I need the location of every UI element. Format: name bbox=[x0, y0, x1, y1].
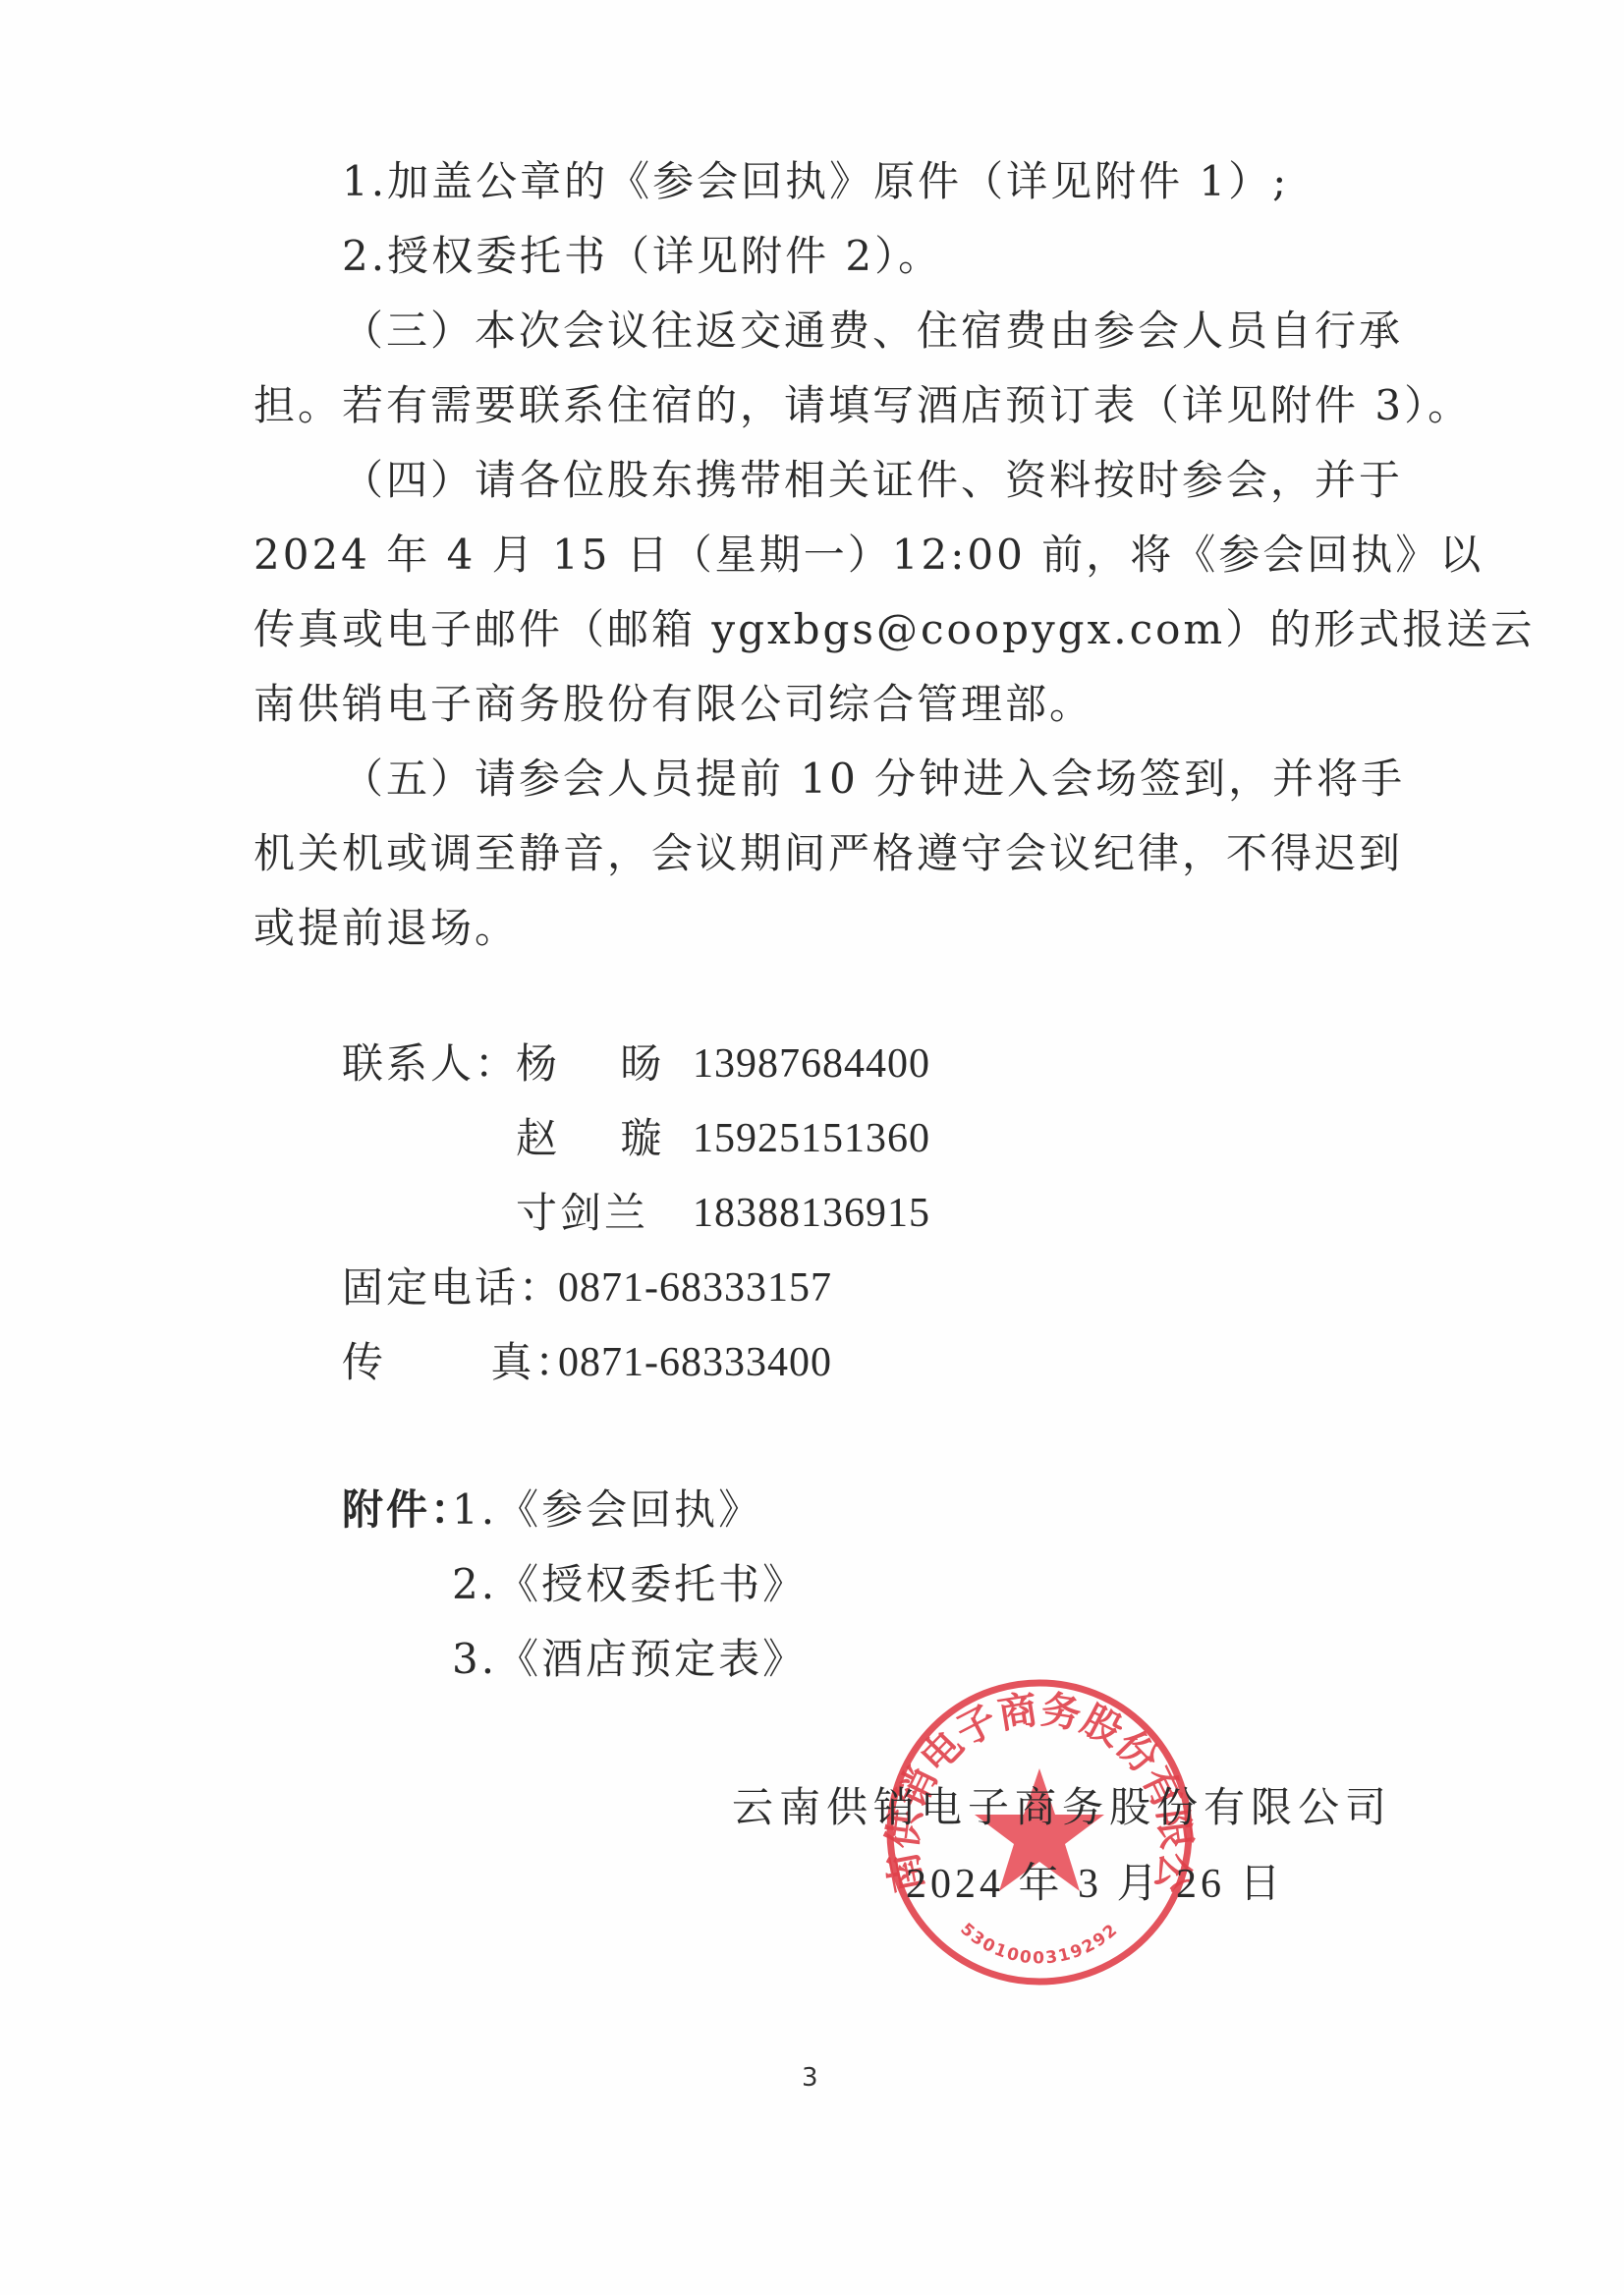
landline-number: 0871-68333157 bbox=[558, 1263, 832, 1313]
paragraph-5-line-1: （五）请参会人员提前 10 分钟进入会场签到，并将手 bbox=[342, 755, 1372, 804]
signing-company: 云南供销电子商务股份有限公司 bbox=[732, 1783, 1392, 1832]
contact-phone: 13987684400 bbox=[693, 1039, 930, 1089]
official-seal-icon: 云南供销电子商务股份有限公司 5301000319292 bbox=[882, 1675, 1197, 1989]
list-item-authorization: 2.授权委托书（详见附件 2）。 bbox=[342, 232, 1373, 281]
paragraph-4-line-2: 2024 年 4 月 15 日（星期一）12:00 前，将《参会回执》以 bbox=[253, 531, 1373, 580]
landline-label: 固定电话： bbox=[342, 1263, 563, 1313]
paragraph-5-line-3: 或提前退场。 bbox=[253, 904, 1373, 953]
contact-name: 寸剑兰 bbox=[516, 1189, 648, 1238]
attachment-item: 1.《参会回执》 bbox=[452, 1485, 762, 1535]
fax-label: 传 真： bbox=[342, 1338, 579, 1387]
paragraph-3-line-2: 担。若有需要联系住宿的，请填写酒店预订表（详见附件 3）。 bbox=[253, 381, 1373, 430]
paragraph-5-line-2: 机关机或调至静音，会议期间严格遵守会议纪律，不得迟到 bbox=[253, 829, 1373, 878]
paragraph-4-line-1: （四）请各位股东携带相关证件、资料按时参会，并于 bbox=[342, 456, 1372, 505]
signing-date: 2024 年 3 月 26 日 bbox=[906, 1860, 1285, 1909]
paragraph-4-line-4: 南供销电子商务股份有限公司综合管理部。 bbox=[253, 680, 1373, 729]
svg-text:5301000319292: 5301000319292 bbox=[956, 1920, 1122, 1969]
attachment-item: 3.《酒店预定表》 bbox=[452, 1635, 807, 1684]
contact-phone: 15925151360 bbox=[693, 1114, 930, 1163]
attachment-item: 2.《授权委托书》 bbox=[452, 1560, 807, 1609]
fax-number: 0871-68333400 bbox=[558, 1338, 832, 1387]
contact-name: 赵 璇 bbox=[516, 1114, 664, 1163]
contact-name: 杨 旸 bbox=[516, 1039, 664, 1089]
paragraph-4-line-3: 传真或电子邮件（邮箱 ygxbgs@coopygx.com）的形式报送云 bbox=[253, 605, 1373, 654]
page-number: 3 bbox=[802, 2063, 818, 2093]
contact-phone: 18388136915 bbox=[693, 1189, 930, 1238]
paragraph-3-line-1: （三）本次会议往返交通费、住宿费由参会人员自行承 bbox=[342, 307, 1372, 356]
list-item-receipt: 1.加盖公章的《参会回执》原件（详见附件 1）; bbox=[342, 157, 1373, 206]
document-page: 1.加盖公章的《参会回执》原件（详见附件 1）; 2.授权委托书（详见附件 2）… bbox=[0, 0, 1624, 2295]
contacts-label: 联系人： bbox=[342, 1039, 519, 1089]
